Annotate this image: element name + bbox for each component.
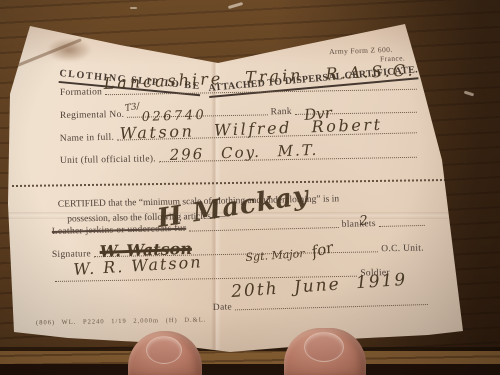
regimental-label: Regimental No. (60, 110, 125, 121)
paper-stain (46, 38, 92, 62)
clothing-slip-paper: Army Form Z 600. France. CLOTHING SLIP T… (8, 22, 464, 355)
photo-scene: Army Form Z 600. France. CLOTHING SLIP T… (0, 0, 500, 375)
rank-label: Rank (270, 107, 291, 117)
date-label: Date (213, 302, 232, 313)
printers-imprint: (806) WL. P2240 1/19 2,000m (H) D.&L. (36, 317, 206, 327)
officer-rank-handwritten: Sgt. Major (245, 247, 305, 264)
fingernail-right (304, 332, 344, 362)
blankets-quantity-handwritten: 2 (359, 213, 368, 229)
dotted-leader (189, 226, 339, 232)
wood-plank-strip (0, 351, 500, 364)
formation-label: Formation (60, 87, 102, 98)
unit-label: Unit (full official title). (60, 154, 156, 166)
dotted-leader (235, 303, 428, 310)
wood-scratch-mark (228, 2, 243, 9)
wood-scratch-mark (130, 7, 137, 9)
for-word-handwritten: for (310, 238, 335, 261)
name-label: Name in full. (60, 133, 115, 144)
fingernail-left (146, 336, 182, 364)
dotted-leader (379, 224, 425, 227)
wood-dark-plank (0, 364, 500, 375)
wood-scratch-mark (464, 91, 474, 97)
oc-unit-label: O.C. Unit. (381, 244, 424, 255)
dotted-divider-line (12, 179, 450, 187)
